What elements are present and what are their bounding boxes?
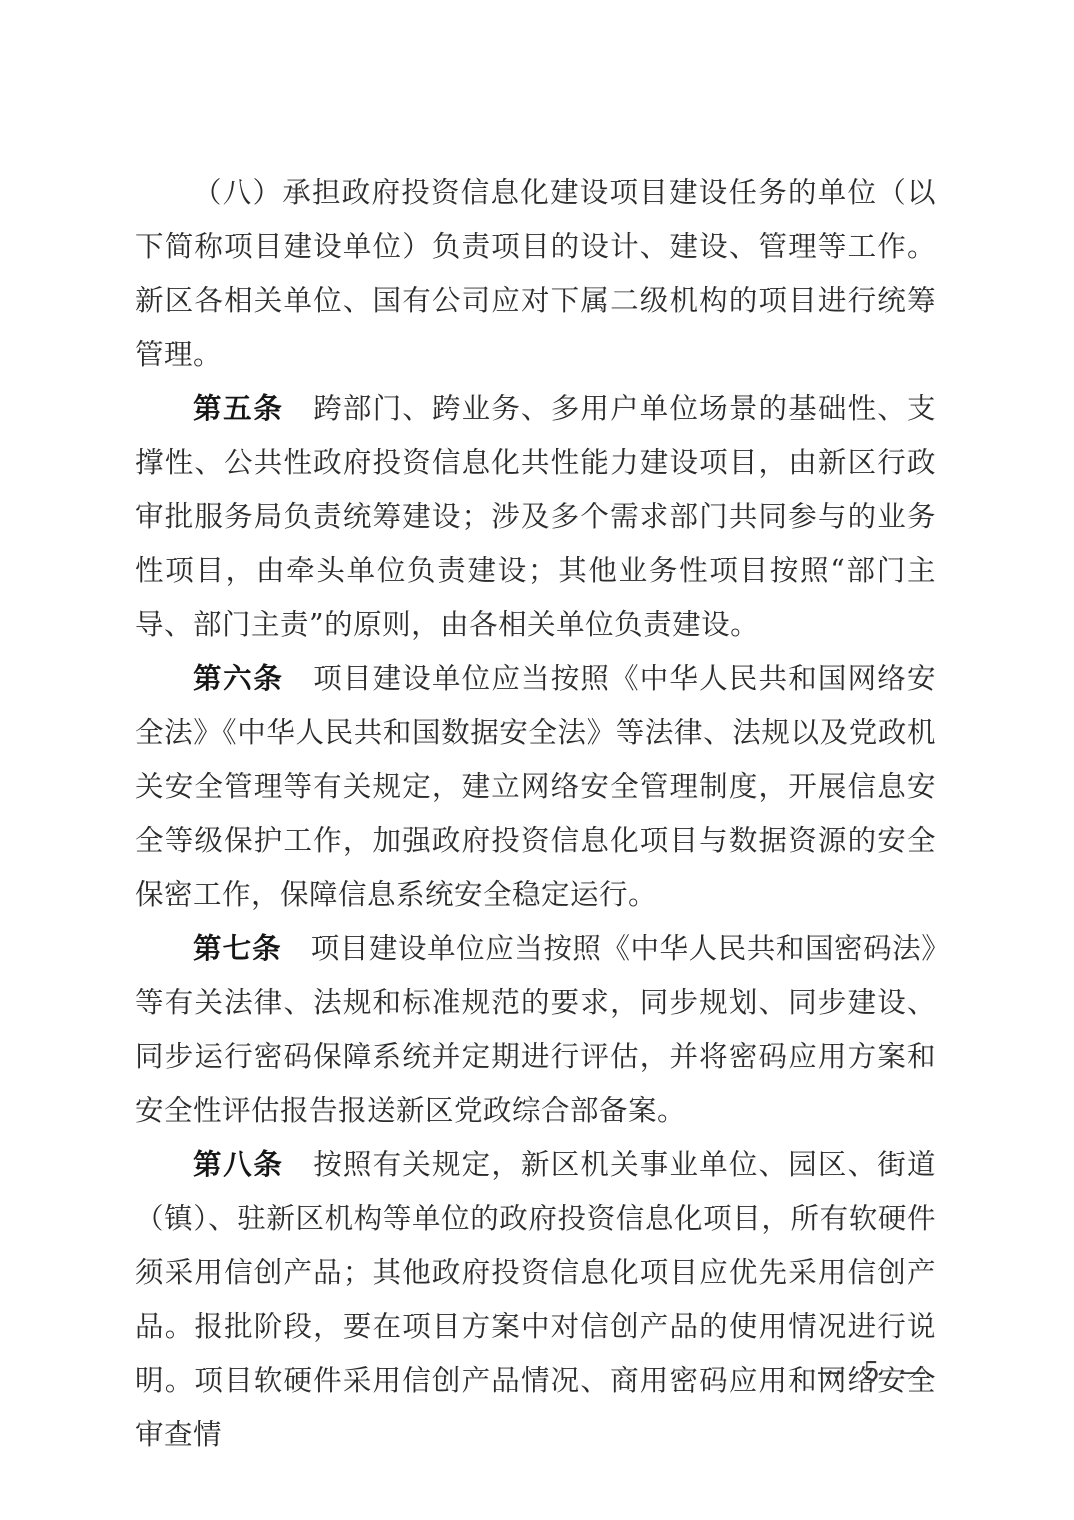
document-body: （八）承担政府投资信息化建设项目建设任务的单位（以下简称项目建设单位）负责项目的… [135,166,936,1462]
document-page: （八）承担政府投资信息化建设项目建设任务的单位（以下简称项目建设单位）负责项目的… [0,0,1074,1520]
paragraph: 第八条 按照有关规定，新区机关事业单位、园区、街道（镇）、驻新区机构等单位的政府… [135,1138,936,1462]
paragraph: 第七条 项目建设单位应当按照《中华人民共和国密码法》等有关法律、法规和标准规范的… [135,922,936,1138]
article-number: 第七条 [193,932,282,965]
page-number: — 5 — [817,1357,932,1387]
paragraph: （八）承担政府投资信息化建设项目建设任务的单位（以下简称项目建设单位）负责项目的… [135,166,936,382]
paragraph: 第六条 项目建设单位应当按照《中华人民共和国网络安全法》《中华人民共和国数据安全… [135,652,936,922]
page-footer: — 5 — [817,1356,932,1388]
article-number: 第六条 [193,662,284,695]
paragraph: 第五条 跨部门、跨业务、多用户单位场景的基础性、支撑性、公共性政府投资信息化共性… [135,382,936,652]
article-number: 第五条 [193,392,284,425]
article-number: 第八条 [193,1148,284,1181]
